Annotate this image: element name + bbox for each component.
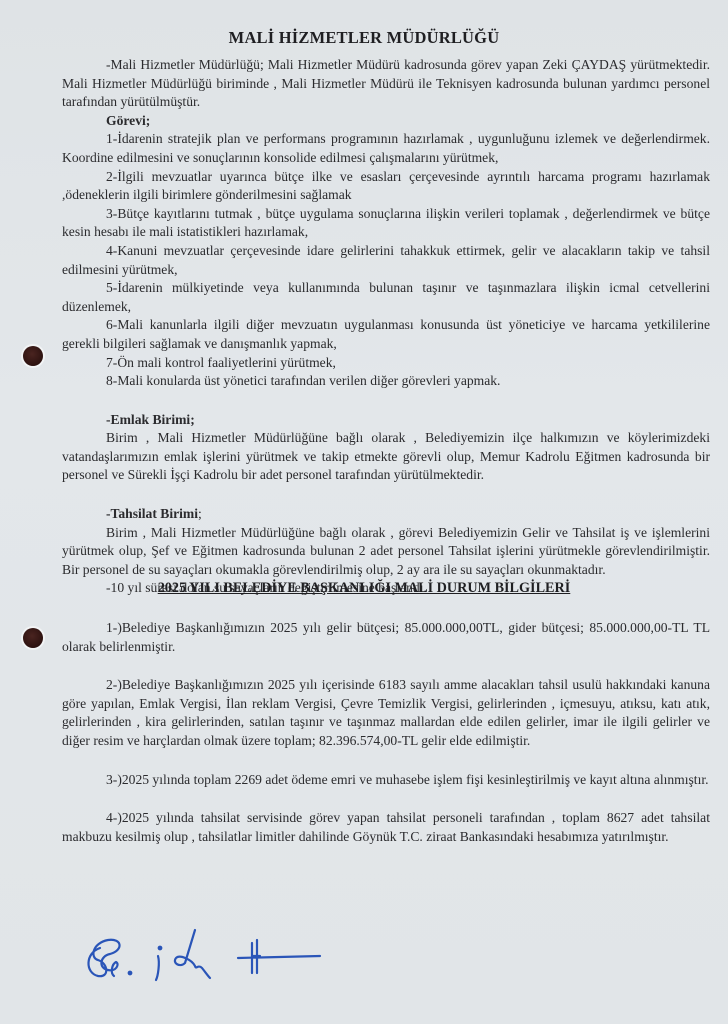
spacer: [62, 751, 710, 771]
duty-item: 6-Mali kanunlarla ilgili diğer mevzuatın…: [62, 316, 710, 353]
signature-icon: [80, 918, 340, 998]
spacer: [62, 391, 710, 411]
duty-item: 4-Kanuni mevzuatlar çerçevesinde idare g…: [62, 242, 710, 279]
duty-item: 5-İdarenin mülkiyetinde veya kullanımınd…: [62, 279, 710, 316]
document-body-top: -Mali Hizmetler Müdürlüğü; Mali Hizmetle…: [62, 56, 710, 598]
tahsilat-heading-text: -Tahsilat Birimi: [106, 506, 198, 521]
financial-item: 1-)Belediye Başkanlığımızın 2025 yılı ge…: [62, 619, 710, 656]
duties-heading: Görevi;: [62, 112, 710, 131]
duty-item: 7-Ön mali kontrol faaliyetlerini yürütme…: [62, 354, 710, 373]
emlak-paragraph: Birim , Mali Hizmetler Müdürlüğüne bağlı…: [62, 429, 710, 485]
financial-section-body: 1-)Belediye Başkanlığımızın 2025 yılı ge…: [62, 619, 710, 846]
tahsilat-heading-suffix: ;: [198, 506, 202, 521]
intro-paragraph: -Mali Hizmetler Müdürlüğü; Mali Hizmetle…: [62, 56, 710, 112]
emlak-heading: -Emlak Birimi;: [62, 411, 710, 430]
duty-item: 3-Bütçe kayıtlarını tutmak , bütçe uygul…: [62, 205, 710, 242]
punch-hole-icon: [23, 628, 43, 648]
document-title: MALİ HİZMETLER MÜDÜRLÜĞÜ: [0, 28, 728, 48]
duty-item: 8-Mali konularda üst yönetici tarafından…: [62, 372, 710, 391]
tahsilat-paragraph: Birim , Mali Hizmetler Müdürlüğüne bağlı…: [62, 524, 710, 580]
spacer: [62, 789, 710, 809]
financial-item: 2-)Belediye Başkanlığımızın 2025 yılı iç…: [62, 676, 710, 750]
duty-item: 1-İdarenin stratejik plan ve performans …: [62, 130, 710, 167]
financial-item: 4-)2025 yılında tahsilat servisinde göre…: [62, 809, 710, 846]
tahsilat-heading: -Tahsilat Birimi;: [62, 505, 710, 524]
financial-section-title: 2025 YILI BELEDİYE BAŞKANLIĞI MALİ DURUM…: [0, 580, 728, 597]
spacer: [62, 485, 710, 505]
document-page: MALİ HİZMETLER MÜDÜRLÜĞÜ -Mali Hizmetler…: [0, 0, 728, 1024]
spacer: [62, 656, 710, 676]
duty-item: 2-İlgili mevzuatlar uyarınca bütçe ilke …: [62, 168, 710, 205]
financial-item: 3-)2025 yılında toplam 2269 adet ödeme e…: [62, 771, 710, 790]
punch-hole-icon: [23, 346, 43, 366]
